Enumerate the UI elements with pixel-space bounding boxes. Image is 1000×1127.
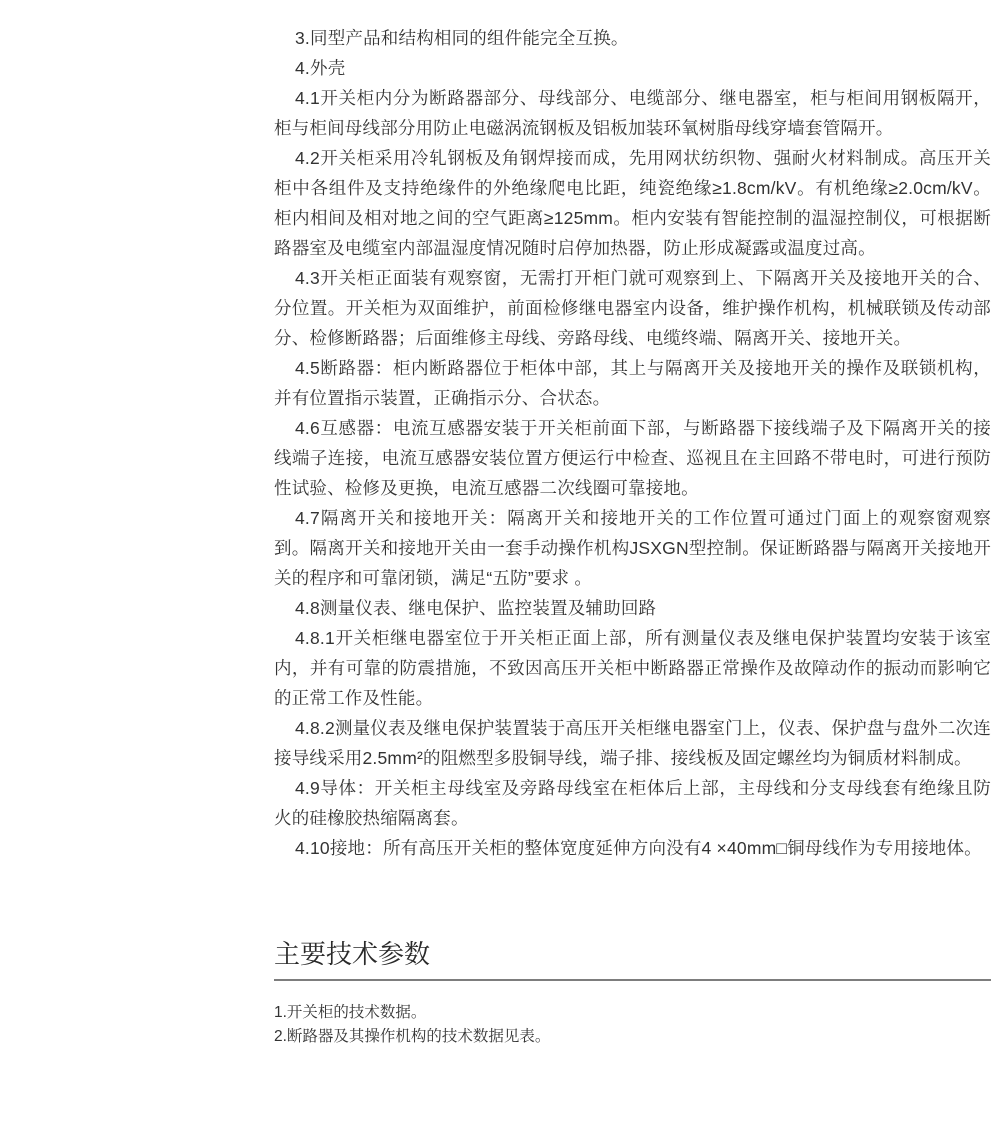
note-line: 1.开关柜的技术数据。: [274, 1001, 991, 1025]
body-paragraph: 4.3开关柜正面装有观察窗，无需打开柜门就可观察到上、下隔离开关及接地开关的合、…: [274, 263, 991, 353]
document-page: 3.同型产品和结构相同的组件能完全互换。 4.外壳 4.1开关柜内分为断路器部分…: [0, 0, 1000, 1127]
note-line: 2.断路器及其操作机构的技术数据见表。: [274, 1025, 991, 1049]
body-paragraph: 4.9导体：开关柜主母线室及旁路母线室在柜体后上部，主母线和分支母线套有绝缘且防…: [274, 773, 991, 833]
body-paragraph: 4.1开关柜内分为断路器部分、母线部分、电缆部分、继电器室，柜与柜间用钢板隔开，…: [274, 83, 991, 143]
body-paragraph: 4.2开关柜采用冷轧钢板及角钢焊接而成，先用网状纺织物、强耐火材料制成。高压开关…: [274, 143, 991, 263]
body-paragraph: 3.同型产品和结构相同的组件能完全互换。: [274, 23, 991, 53]
body-paragraph: 4.5断路器：柜内断路器位于柜体中部，其上与隔离开关及接地开关的操作及联锁机构，…: [274, 353, 991, 413]
body-paragraph: 4.6互感器：电流互感器安装于开关柜前面下部，与断路器下接线端子及下隔离开关的接…: [274, 413, 991, 503]
notes-list: 1.开关柜的技术数据。 2.断路器及其操作机构的技术数据见表。: [274, 1001, 991, 1049]
body-paragraph: 4.8测量仪表、继电保护、监控装置及辅助回路: [274, 593, 991, 623]
body-paragraph: 4.10接地：所有高压开关柜的整体宽度延伸方向没有4 ×40mm□铜母线作为专用…: [274, 833, 991, 863]
body-paragraph: 4.8.1开关柜继电器室位于开关柜正面上部，所有测量仪表及继电保护装置均安装于该…: [274, 623, 991, 713]
section-title: 主要技术参数: [274, 937, 991, 981]
body-paragraph: 4.外壳: [274, 53, 991, 83]
document-body: 3.同型产品和结构相同的组件能完全互换。 4.外壳 4.1开关柜内分为断路器部分…: [274, 23, 991, 1049]
body-paragraph: 4.8.2测量仪表及继电保护装置装于高压开关柜继电器室门上，仪表、保护盘与盘外二…: [274, 713, 991, 773]
body-paragraph: 4.7隔离开关和接地开关：隔离开关和接地开关的工作位置可通过门面上的观察窗观察到…: [274, 503, 991, 593]
